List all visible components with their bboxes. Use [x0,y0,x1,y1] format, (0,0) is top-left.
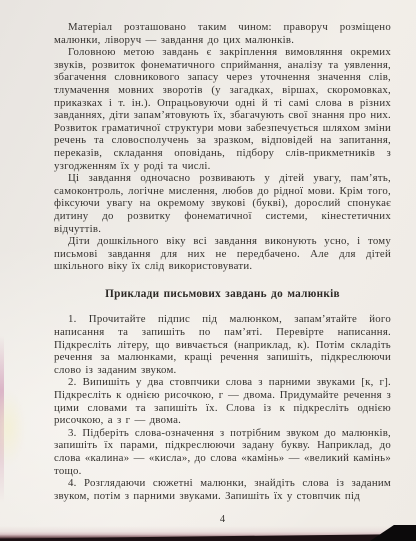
intro-paragraph-4: Діти дошкільного віку всі завдання викон… [54,235,391,273]
section-heading: Приклади письмових завдань до малюнків [54,288,391,301]
task-item-3: 3. Підберіть слова-означення з потрібним… [54,427,391,477]
task-item-1: 1. Прочитайте підпис під малюнком, запам… [54,313,391,376]
bottom-shadow-band [0,529,416,541]
book-page: Матеріал розташовано таким чином: правор… [0,0,416,541]
task-item-4: 4. Розглядаючи сюжетні малюнки, знайдіть… [54,477,391,502]
page-content: Матеріал розташовано таким чином: правор… [54,21,391,502]
intro-paragraph-1: Матеріал розташовано таким чином: правор… [54,21,391,46]
intro-paragraph-3: Ці завдання одночасно розвивають у дітей… [54,172,391,235]
page-number: 4 [54,514,391,525]
left-page-edge-tint [0,0,4,541]
task-item-2: 2. Випишіть у два стовпчики слова з парн… [54,376,391,426]
intro-paragraph-2: Головною метою завдань є закріплення вим… [54,46,391,172]
background-blur-glow [0,378,30,478]
bottom-right-corner-shadow [370,525,416,541]
bottom-page-edge-highlight [0,526,416,541]
